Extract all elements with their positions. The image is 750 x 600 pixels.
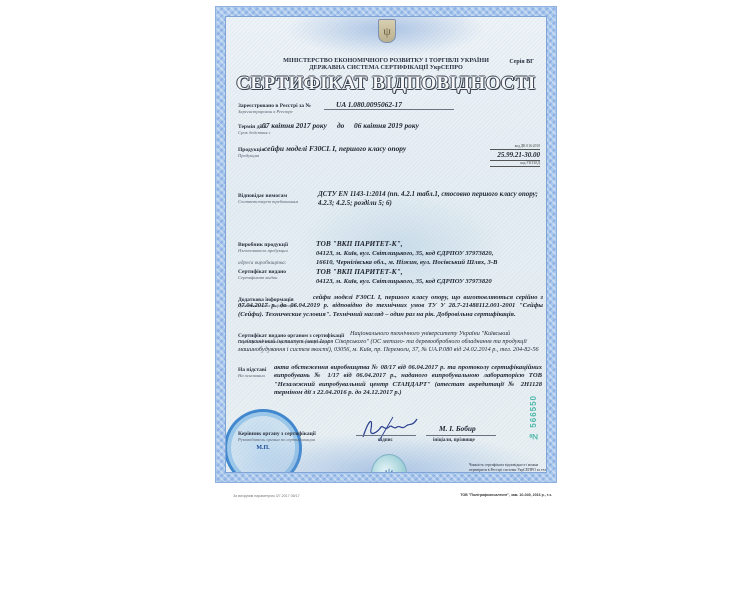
issuer-heading: МІНІСТЕРСТВО ЕКОНОМІЧНОГО РОЗВИТКУ І ТОР…: [226, 57, 546, 71]
basis-value: акта обстеження виробництва № 08/17 від …: [274, 364, 542, 398]
product-label-ru: Продукция: [238, 153, 259, 158]
trident-icon: ψ: [378, 19, 396, 43]
registration-number: UA 1.080.0095062-17: [336, 100, 402, 109]
certificate-title: СЕРТИФІКАТ ВІДПОВІДНОСТІ: [226, 73, 546, 95]
issued-to-address: 04123, м. Київ, вул. Світлицького, 35, к…: [316, 277, 492, 286]
underline: [324, 109, 454, 110]
footer-left-text: За вихідним параметром 3/7.2017 08/17: [233, 494, 300, 498]
valid-to: 06 квітня 2019 року: [354, 121, 419, 130]
verification-note: Чинність сертифіката відповідності можна…: [469, 463, 547, 473]
basis-label-ru: На основании: [238, 373, 265, 378]
production-address: 16610, Чернігівська обл., м. Ніжин, вул.…: [316, 258, 497, 267]
code-caption-bottom: код УКТЗЕД: [490, 161, 540, 167]
validity-label-ru: Срок действия с: [238, 130, 271, 135]
manufacturer-name: ТОВ "ВКП ПАРИТЕТ-К",: [316, 239, 403, 248]
product-code: 25.99.21-30.00: [490, 150, 540, 161]
production-address-label: адреса виробництва:: [238, 261, 287, 266]
product-codes: код ДК 016:2010 25.99.21-30.00 код УКТЗЕ…: [490, 144, 540, 167]
registered-label-ru: Зарегистрирован в Реестре: [238, 109, 293, 114]
valid-from: 07 квітня 2017 року: [262, 121, 327, 130]
series-label: Серія ВГ: [509, 59, 534, 65]
product-value: сейфи моделі F30CL I, першого класу опор…: [264, 144, 406, 153]
manufacturer-label-ru: Изготовитель продукции: [238, 248, 288, 253]
manufacturer-address: 04123, м. Київ, вул. Світлицького, 35, к…: [316, 249, 493, 258]
footer-right-text: ТОВ "Поліграфконсалтинг", зам. 10-049, 2…: [460, 493, 552, 497]
issued-to-label-ru: Сертификат выдан: [238, 275, 277, 280]
conforms-value: ДСТУ EN 1143-1:2014 (пп. 4.2.1 табл.1, с…: [318, 190, 540, 208]
issued-to-name: ТОВ "ВКП ПАРИТЕТ-К",: [316, 267, 403, 276]
ministry-name: МІНІСТЕРСТВО ЕКОНОМІЧНОГО РОЗВИТКУ І ТОР…: [226, 57, 546, 64]
certification-body-value: Національного технічного університету Ук…: [238, 330, 543, 354]
additional-info-value: сейфи моделі F30CL I, першого класу опор…: [238, 294, 543, 319]
certificate-sheet: ψ МІНІСТЕРСТВО ЕКОНОМІЧНОГО РОЗВИТКУ І Т…: [215, 6, 557, 483]
conforms-label-ru: Соответствует требованиям: [238, 199, 298, 204]
valid-to-word: до: [337, 121, 344, 130]
certificate-body: ψ МІНІСТЕРСТВО ЕКОНОМІЧНОГО РОЗВИТКУ І Т…: [225, 16, 547, 473]
system-name: ДЕРЖАВНА СИСТЕМА СЕРТИФІКАЦІЇ УкрСЕПРО: [226, 64, 546, 71]
